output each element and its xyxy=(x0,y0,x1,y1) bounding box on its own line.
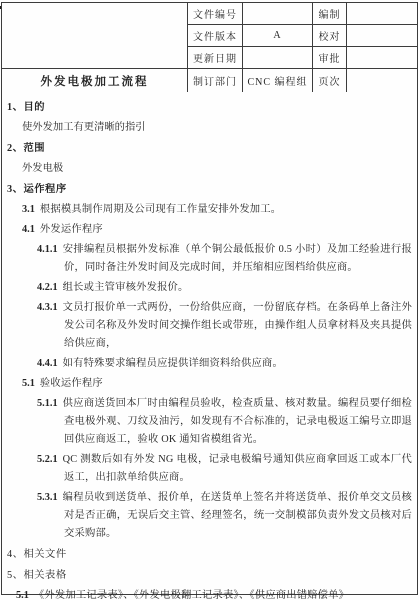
field-value-issuing-dept: CNC 编程组 xyxy=(243,69,313,92)
procedure-item: 4.1.1安排编程员根据外发标准（单个铜公最低报价 0.5 小时）及加工经验进行… xyxy=(2,241,417,277)
section-heading-scope: 2、范围 xyxy=(2,140,417,158)
related-forms-item: 5.1《外发加工记录表》、《外发电极翻工记录表》、《供应商出错赔偿单》 xyxy=(2,587,417,600)
item-number: 5.1 xyxy=(16,590,29,600)
field-label-page-number: 页次 xyxy=(313,69,347,92)
field-value-approved-by xyxy=(347,47,417,69)
document-title: 外发电极加工流程 xyxy=(2,69,188,92)
document-header-table: 文件编号 编制 文件版本 A 校对 更新日期 审批 外发电极加工流程 制订部门 … xyxy=(1,2,418,93)
procedure-item: 5.1验收运作程序 xyxy=(2,375,417,393)
item-number: 4.1.1 xyxy=(37,244,58,255)
item-number: 3.1 xyxy=(22,204,35,215)
field-label-prepared-by: 编制 xyxy=(313,3,347,25)
item-number: 5.2.1 xyxy=(37,454,58,465)
scope-text: 外发电极 xyxy=(2,160,417,178)
section-heading-related-forms: 5、相关表格 xyxy=(2,567,417,585)
procedure-item: 4.4.1如有特殊要求编程员应提供详细资料给供应商。 xyxy=(2,355,417,373)
field-value-prepared-by xyxy=(347,3,417,25)
item-number: 4.4.1 xyxy=(37,358,58,369)
procedure-item: 5.1.1供应商送货回本厂时由编程员验收，检查质量、核对数量。编程员要仔细检查电… xyxy=(2,395,417,449)
purpose-text: 使外发加工有更清晰的指引 xyxy=(2,119,417,137)
procedure-item: 5.2.1QC 测数后如有外发 NG 电极，记录电极编号通知供应商拿回返工或本厂… xyxy=(2,451,417,487)
item-number: 5.3.1 xyxy=(37,492,58,503)
field-label-proofread-by: 校对 xyxy=(313,25,347,47)
item-number: 5.1.1 xyxy=(37,398,58,409)
procedure-item: 5.3.1编程员收到送货单、报价单，在送货单上签名并将送货单、报价单交文员核对是… xyxy=(2,489,417,543)
scanned-process-document: 文件编号 编制 文件版本 A 校对 更新日期 审批 外发电极加工流程 制订部门 … xyxy=(0,0,419,600)
procedure-item: 4.3.1文员打报价单一式两份，一份给供应商，一份留底存档。在条码单上备注外发公… xyxy=(2,299,417,353)
field-label-update-date: 更新日期 xyxy=(188,47,243,69)
item-number: 4.3.1 xyxy=(37,302,58,313)
field-label-doc-number: 文件编号 xyxy=(188,3,243,25)
document-body: 1、目的 使外发加工有更清晰的指引 2、范围 外发电极 3、运作程序 3.1根据… xyxy=(1,92,418,595)
item-number: 4.1 xyxy=(22,224,35,235)
field-label-approved-by: 审批 xyxy=(313,47,347,69)
item-number: 4.2.1 xyxy=(37,282,58,293)
procedure-item: 3.1根据模具制作周期及公司现有工作量安排外发加工。 xyxy=(2,201,417,219)
field-value-update-date xyxy=(243,47,313,69)
field-label-issuing-dept: 制订部门 xyxy=(188,69,243,92)
logo-area xyxy=(2,3,188,69)
field-label-doc-version: 文件版本 xyxy=(188,25,243,47)
procedure-item: 4.1外发运作程序 xyxy=(2,221,417,239)
section-heading-related-documents: 4、相关文件 xyxy=(2,546,417,564)
field-value-proofread-by xyxy=(347,25,417,47)
field-value-page-number xyxy=(347,69,417,92)
section-heading-purpose: 1、目的 xyxy=(2,99,417,117)
procedure-item: 4.2.1组长或主管审核外发报价。 xyxy=(2,279,417,297)
field-value-doc-version: A xyxy=(243,25,313,47)
section-heading-procedure: 3、运作程序 xyxy=(2,181,417,199)
field-value-doc-number xyxy=(243,3,313,25)
item-number: 5.1 xyxy=(22,378,35,389)
